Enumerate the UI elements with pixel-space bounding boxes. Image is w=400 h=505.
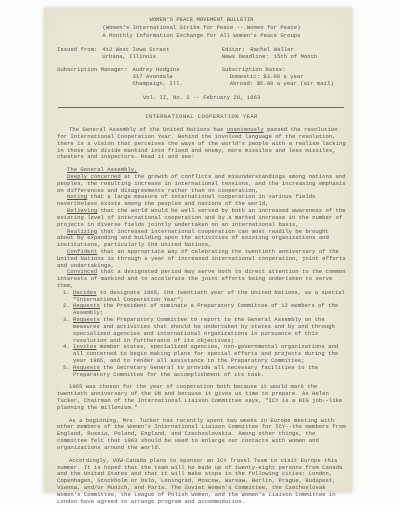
item-number: 4.: [63, 344, 73, 364]
item-text: Invites member states, specialized agenc…: [73, 344, 346, 364]
item-text: Requests the Preparatory Committee to re…: [73, 317, 346, 344]
clause-confident: Confident that an appropriate way of cel…: [57, 249, 346, 269]
scanned-bulletin-page: WOMEN'S PEACE MOVEMENT BULLETIN (Women's…: [44, 8, 352, 492]
editor-block: Editor: Rachel Waller News Deadline: 15t…: [222, 47, 346, 61]
section-title: INTERNATIONAL COOPERATION YEAR: [57, 114, 346, 121]
item-text: Requests the President of nominate a Pre…: [73, 303, 346, 317]
clause-realizing: Realizing that increased international c…: [57, 229, 346, 249]
masthead: Issued from: 412 West Iowa Street Urbana…: [57, 47, 346, 87]
volume-date-line: Vol. II, No. 2 -- February 20, 1963: [57, 95, 346, 102]
bulletin-title: WOMEN'S PEACE MOVEMENT BULLETIN: [57, 17, 346, 24]
bulletin-subtitle-1: (Women's International Strike for Peace …: [57, 25, 346, 32]
issued-from-value: 412 West Iowa Street Urbana, Illinois: [102, 47, 169, 61]
subscription-rates-value: Domestic: $3.00 a year Abroad: $5.00 a y…: [230, 74, 346, 88]
clause-believing: Believing that the world would be well s…: [57, 208, 346, 228]
subscription-manager-value: Audrey Hodgins 317 Avondale Champaign, I…: [133, 67, 183, 87]
item-number: 3.: [63, 317, 73, 344]
divider-rule: [58, 107, 344, 108]
clause-convinced: Convinced that a designated period may s…: [57, 269, 346, 289]
issued-from-label: Issued from:: [57, 47, 97, 54]
resolution-item-2: 2. Requests the President of nominate a …: [63, 303, 346, 317]
resolution-numbered-list: 1. Decides to designate 1965, the twenti…: [63, 290, 346, 379]
item-number: 2.: [63, 303, 73, 317]
resolution-item-4: 4. Invites member states, specialized ag…: [63, 344, 346, 364]
subscription-manager: Subscription Manager: Audrey Hodgins 317…: [57, 67, 222, 87]
resolution-item-1: 1. Decides to designate 1965, the twenti…: [63, 290, 346, 304]
closing-paragraph-1965: 1965 was chosen for the year of cooperat…: [57, 384, 346, 411]
news-deadline-label: News Deadline:: [222, 54, 269, 61]
issued-from: Issued from: 412 West Iowa Street Urbana…: [57, 47, 222, 61]
subscription-rates: Subscription Rates: Domestic: $3.00 a ye…: [222, 67, 346, 87]
resolution-clauses: Deeply concerned at the growth of confli…: [57, 174, 346, 290]
resolution-item-5: 5. Requests the Secretary General to pro…: [63, 365, 346, 379]
subscription-manager-label: Subscription Manager:: [57, 67, 128, 74]
intro-paragraph: The General Assembly of the United Natio…: [57, 127, 346, 161]
news-deadline-value: 15th of Month: [274, 54, 318, 61]
news-deadline: News Deadline: 15th of Month: [222, 54, 346, 61]
closing-paragraph-beginning: As a beginning, Mrs. Tucker has recently…: [57, 418, 346, 452]
item-text: Requests the Secretary General to provid…: [73, 365, 346, 379]
bulletin-subtitle-2: A Monthly Information Exchange for All W…: [57, 33, 346, 40]
resolution-item-3: 3. Requests the Preparatory Committee to…: [63, 317, 346, 344]
item-number: 1.: [63, 290, 73, 304]
clause-deeply-concerned: Deeply concerned at the growth of confli…: [57, 174, 346, 194]
item-text: Decides to designate 1965, the twentieth…: [73, 290, 346, 304]
closing-paragraph-travel-team: Accordingly, VOW-Canada plans to sponsor…: [57, 458, 346, 500]
item-number: 5.: [63, 365, 73, 379]
clause-noting: Noting that a large measure of internati…: [57, 194, 346, 208]
